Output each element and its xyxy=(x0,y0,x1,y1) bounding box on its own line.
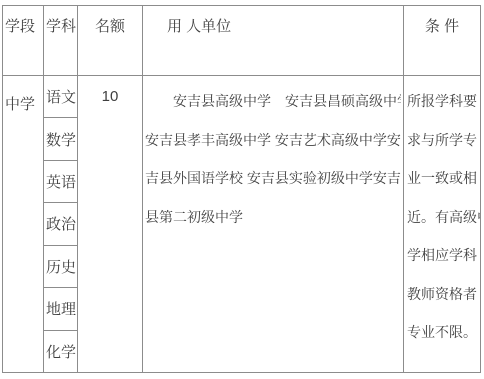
employer-line: 安吉县孝丰高级中学 安吉艺术高级中学安 xyxy=(145,121,401,160)
header-subject: 学科 xyxy=(44,6,77,76)
subject-cell-english: 英语 xyxy=(44,161,77,203)
column-quota: 名额 10 xyxy=(78,6,143,372)
column-employer: 用 人单位 安吉县高级中学 安吉县昌硕高级中学 安吉县孝丰高级中学 安吉艺术高级… xyxy=(143,6,404,372)
column-stage: 学段 中学 xyxy=(3,6,44,372)
column-subject: 学科 语文 数学 英语 政治 历史 地理 化学 xyxy=(44,6,78,372)
subject-list: 语文 数学 英语 政治 历史 地理 化学 xyxy=(44,76,77,372)
cell-employer-value: 安吉县高级中学 安吉县昌硕高级中学 安吉县孝丰高级中学 安吉艺术高级中学安 吉县… xyxy=(143,76,403,372)
condition-line: 近。有高级中 xyxy=(407,198,480,237)
employer-line: 吉县外国语学校 安吉县实验初级中学安吉 xyxy=(145,159,401,198)
subject-cell-chemistry: 化学 xyxy=(44,331,77,372)
cell-stage-value: 中学 xyxy=(3,76,43,372)
recruitment-table: 学段 中学 学科 语文 数学 英语 政治 历史 地理 化学 名额 10 用 人单… xyxy=(2,5,481,373)
column-condition: 条 件 所报学科要 求与所学专 业一致或相 近。有高级中 学相应学科 教师资格者… xyxy=(404,6,480,372)
condition-line: 学相应学科 xyxy=(407,236,480,275)
header-stage: 学段 xyxy=(3,6,43,76)
employer-line: 县第二初级中学 xyxy=(145,198,401,237)
subject-cell-politics: 政治 xyxy=(44,203,77,245)
condition-line: 教师资格者 xyxy=(407,275,480,314)
cell-quota-value: 10 xyxy=(78,76,142,372)
header-quota: 名额 xyxy=(78,6,142,76)
subject-cell-geography: 地理 xyxy=(44,288,77,330)
condition-line: 求与所学专 xyxy=(407,121,480,160)
subject-cell-history: 历史 xyxy=(44,246,77,288)
header-condition: 条 件 xyxy=(404,6,480,76)
employer-line: 安吉县高级中学 安吉县昌硕高级中学 xyxy=(145,82,401,121)
subject-cell-math: 数学 xyxy=(44,118,77,160)
subject-cell-chinese: 语文 xyxy=(44,76,77,118)
condition-line: 业一致或相 xyxy=(407,159,480,198)
condition-line: 所报学科要 xyxy=(407,82,480,121)
header-employer: 用 人单位 xyxy=(143,6,403,76)
cell-condition-value: 所报学科要 求与所学专 业一致或相 近。有高级中 学相应学科 教师资格者 专业不… xyxy=(404,76,480,372)
condition-line: 专业不限。 xyxy=(407,313,480,352)
